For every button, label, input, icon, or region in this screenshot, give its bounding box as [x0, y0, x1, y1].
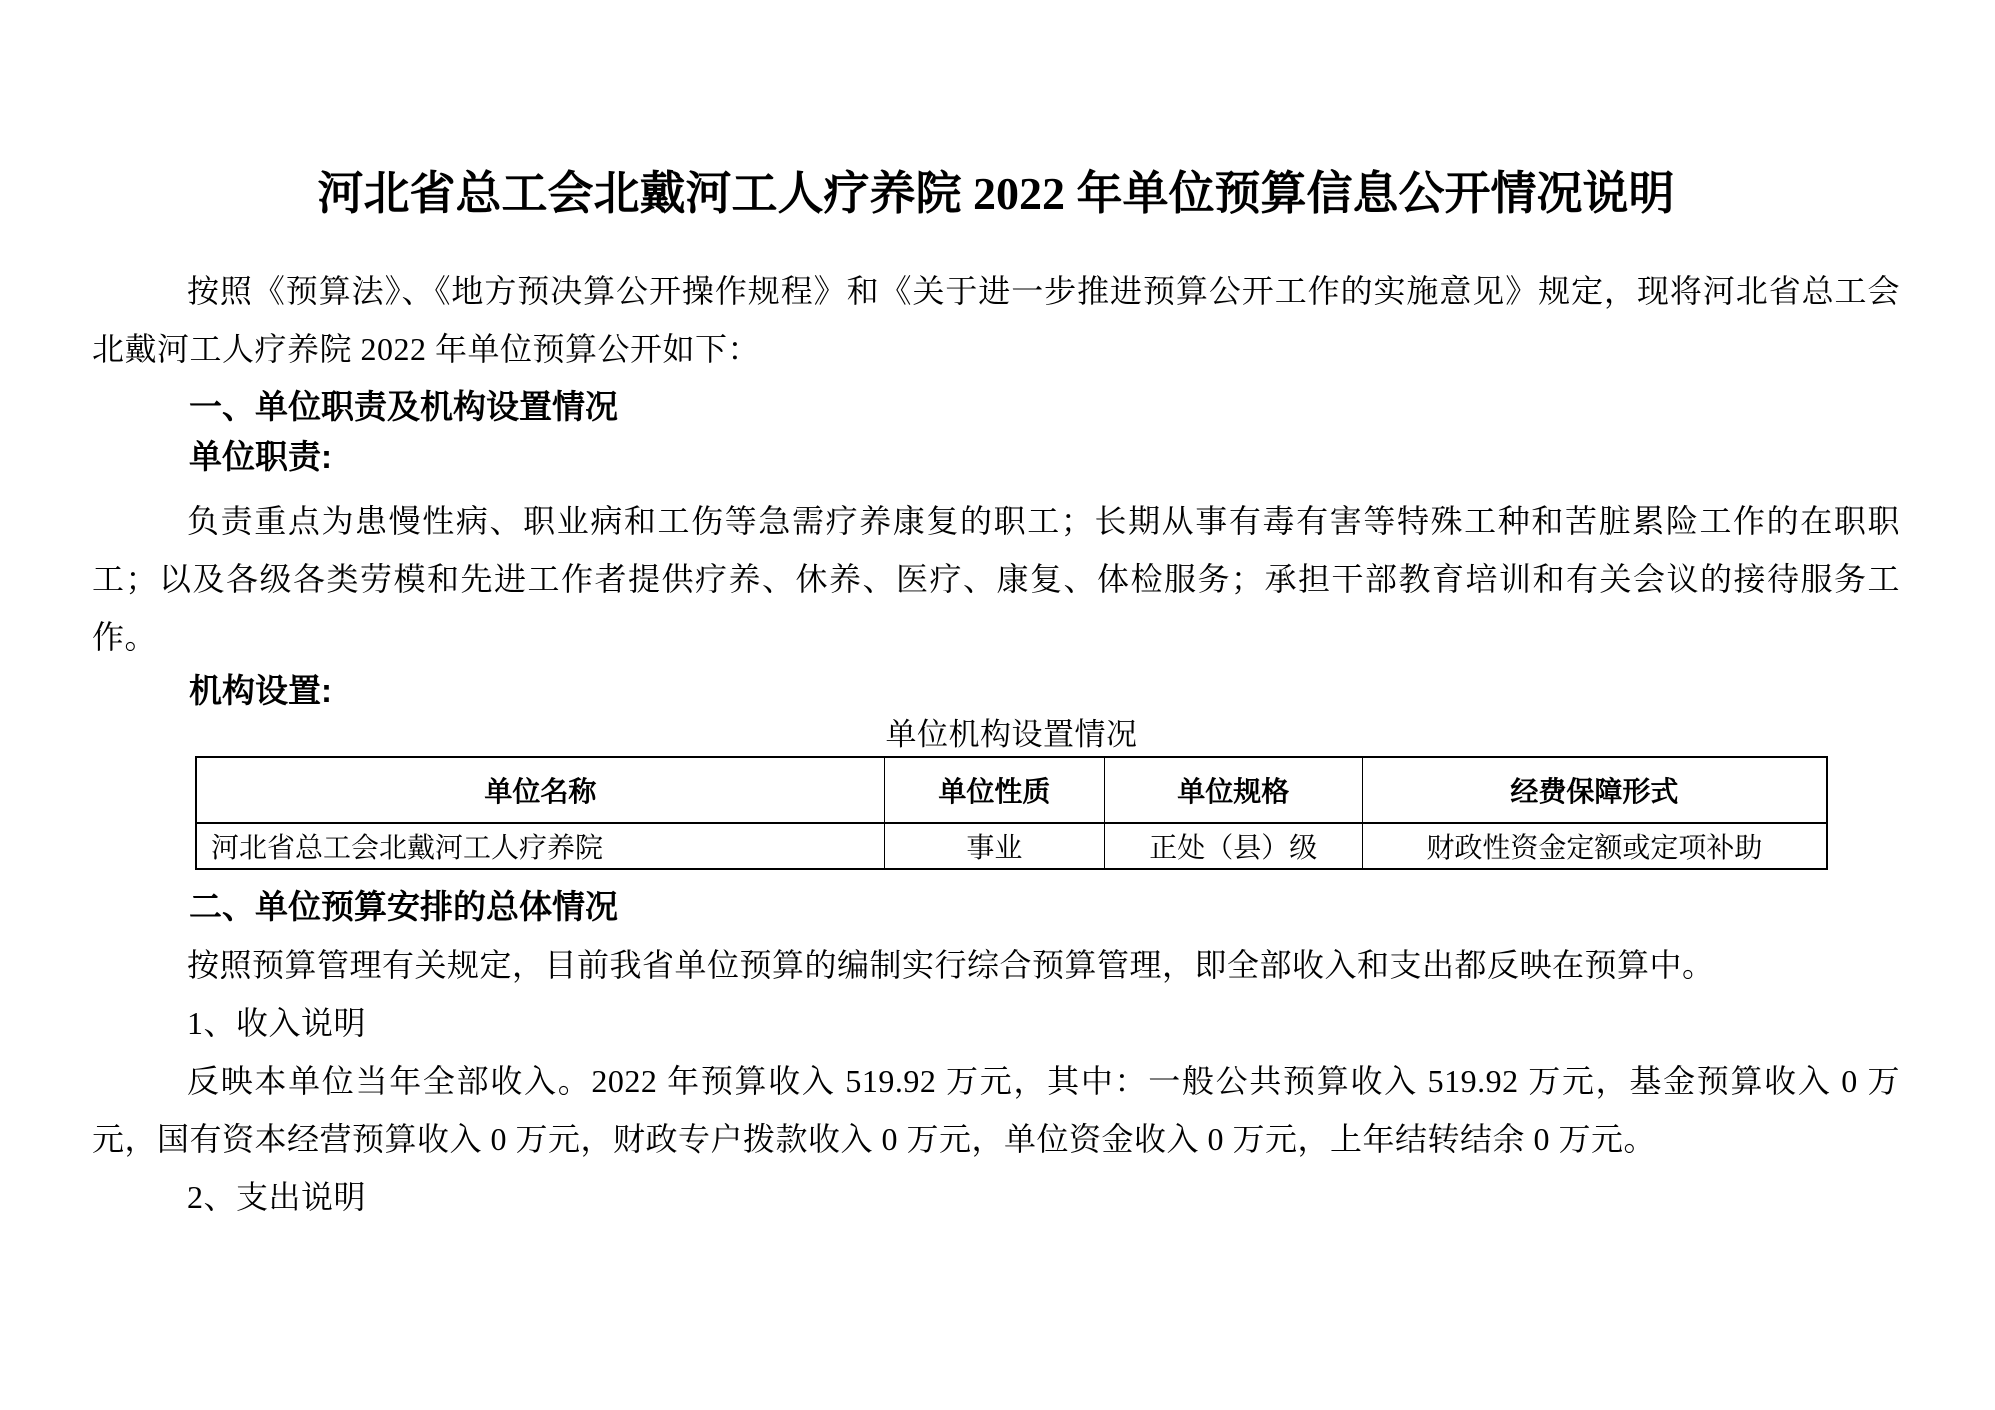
org-table-caption: 单位机构设置情况 — [195, 714, 1828, 756]
expense-note-heading: 2、支出说明 — [92, 1168, 1900, 1226]
page-title: 河北省总工会北戴河工人疗养院 2022 年单位预算信息公开情况说明 — [92, 160, 1900, 228]
income-detail-paragraph: 反映本单位当年全部收入。2022 年预算收入 519.92 万元，其中：一般公共… — [92, 1052, 1900, 1168]
cell-unit-nature: 事业 — [884, 823, 1104, 869]
cell-unit-rank: 正处（县）级 — [1104, 823, 1362, 869]
section-1-heading: 一、单位职责及机构设置情况 — [92, 382, 1900, 432]
table-row: 河北省总工会北戴河工人疗养院 事业 正处（县）级 财政性资金定额或定项补助 — [196, 823, 1827, 869]
table-header-row: 单位名称 单位性质 单位规格 经费保障形式 — [196, 757, 1827, 823]
income-note-heading: 1、收入说明 — [92, 994, 1900, 1052]
document-page: 河北省总工会北戴河工人疗养院 2022 年单位预算信息公开情况说明 按照《预算法… — [0, 0, 1995, 1410]
col-header-unit-name: 单位名称 — [196, 757, 884, 823]
col-header-unit-nature: 单位性质 — [884, 757, 1104, 823]
org-setup-heading: 机构设置: — [92, 666, 1900, 716]
org-table: 单位名称 单位性质 单位规格 经费保障形式 河北省总工会北戴河工人疗养院 事业 … — [195, 756, 1828, 870]
cell-unit-name: 河北省总工会北戴河工人疗养院 — [196, 823, 884, 869]
budget-overview-paragraph: 按照预算管理有关规定，目前我省单位预算的编制实行综合预算管理，即全部收入和支出都… — [92, 936, 1900, 994]
org-table-section: 单位机构设置情况 单位名称 单位性质 单位规格 经费保障形式 河北省总工会北戴河… — [195, 714, 1828, 870]
cell-funding-type: 财政性资金定额或定项补助 — [1362, 823, 1827, 869]
section-2-heading: 二、单位预算安排的总体情况 — [92, 882, 1900, 932]
col-header-unit-rank: 单位规格 — [1104, 757, 1362, 823]
col-header-funding-type: 经费保障形式 — [1362, 757, 1827, 823]
unit-duty-heading: 单位职责: — [92, 432, 1900, 482]
intro-paragraph: 按照《预算法》、《地方预决算公开操作规程》和《关于进一步推进预算公开工作的实施意… — [92, 262, 1900, 378]
unit-duty-paragraph: 负责重点为患慢性病、职业病和工伤等急需疗养康复的职工；长期从事有毒有害等特殊工种… — [92, 492, 1900, 666]
